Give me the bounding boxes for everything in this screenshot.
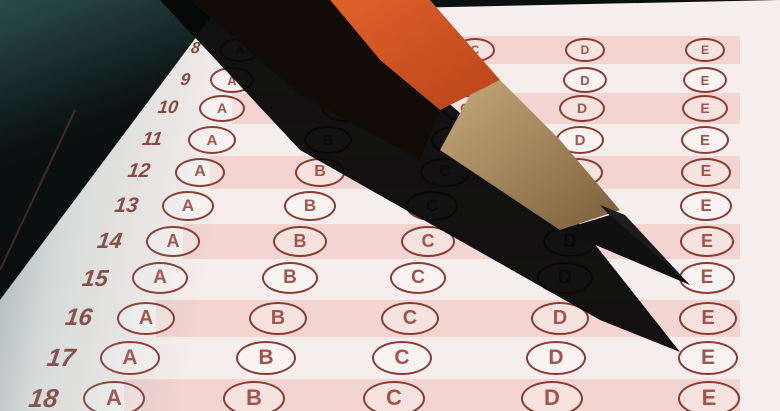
photo-scene: 8ABCDE9ABCDE10ABCDE11ABCDE12ABCDE13ABCDE… — [0, 0, 780, 411]
pencil-icon — [0, 0, 780, 411]
